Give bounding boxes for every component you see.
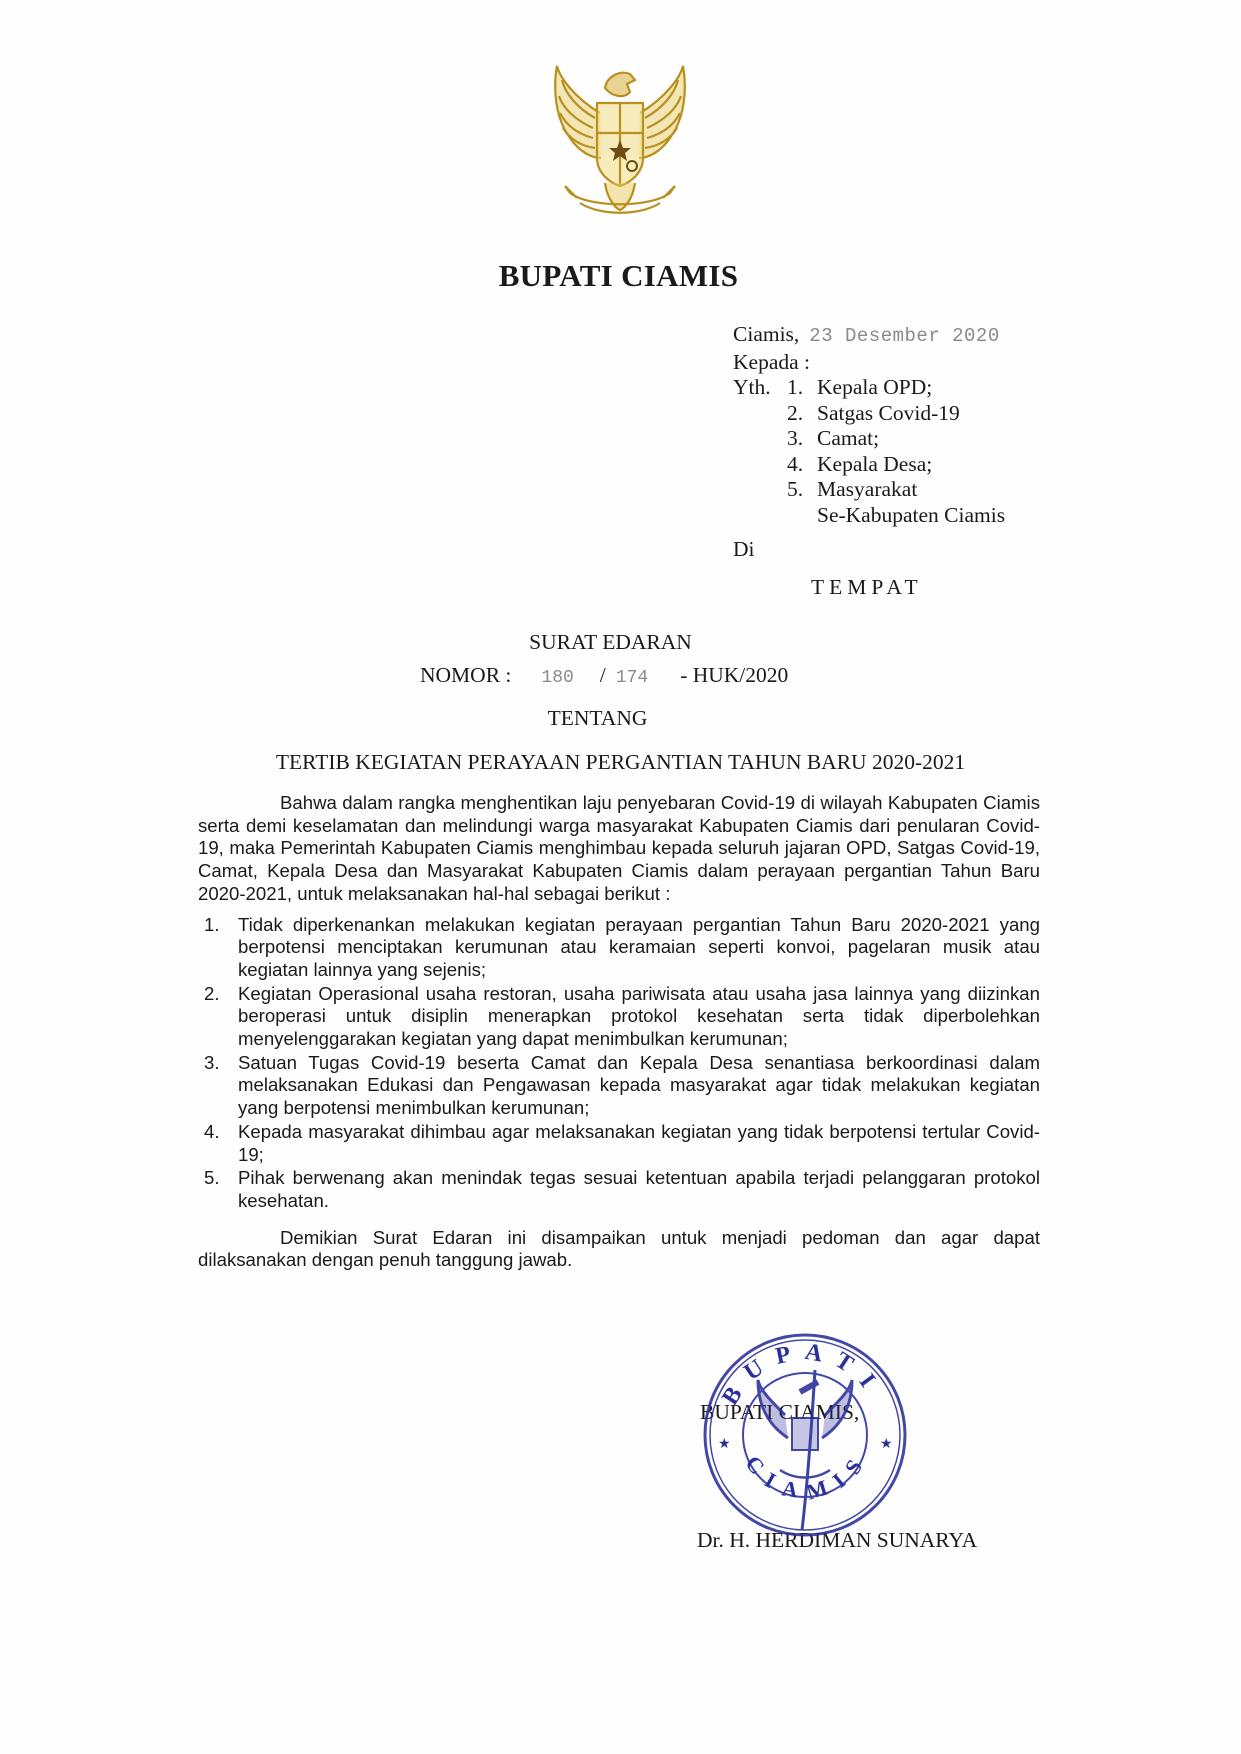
list-item: 2.Kegiatan Operasional usaha restoran, u… <box>198 983 1040 1051</box>
recipient-5-continuation: Se-Kabupaten Ciamis <box>733 503 1005 529</box>
recipient-5: 5.Masyarakat <box>733 477 1005 503</box>
instruction-list: 1.Tidak diperkenankan melakukan kegiatan… <box>198 914 1040 1213</box>
tempat-label: TEMPAT <box>811 575 1005 601</box>
official-seal-icon: BUPATI CIAMIS ★ ★ <box>700 1330 910 1540</box>
place-label: Ciamis, <box>733 322 799 346</box>
seal-top-text: BUPATI <box>717 1339 888 1410</box>
date-stamp: 23 Desember 2020 <box>809 325 999 347</box>
circular-number: NOMOR :180/174- HUK/2020 <box>420 663 788 688</box>
closing-paragraph: Demikian Surat Edaran ini disampaikan un… <box>198 1227 1040 1272</box>
recipient-1: Yth.1.Kepala OPD; <box>733 375 1005 401</box>
garuda-emblem-icon <box>535 58 705 233</box>
tentang-label: TENTANG <box>0 706 1241 731</box>
letter-body: Bahwa dalam rangka menghentikan laju pen… <box>198 792 1040 1272</box>
svg-text:★: ★ <box>718 1437 731 1452</box>
circular-subject: TERTIB KEGIATAN PERAYAAN PERGANTIAN TAHU… <box>0 750 1241 775</box>
list-item: 4.Kepada masyarakat dihimbau agar melaks… <box>198 1121 1040 1166</box>
intro-paragraph: Bahwa dalam rangka menghentikan laju pen… <box>198 792 1040 906</box>
document-page: BUPATI CIAMIS Ciamis,23 Desember 2020 Ke… <box>0 0 1241 1754</box>
recipient-4: 4.Kepala Desa; <box>733 452 1005 478</box>
list-item: 5.Pihak berwenang akan menindak tegas se… <box>198 1167 1040 1212</box>
di-label: Di <box>733 537 1005 563</box>
kepada-label: Kepada : <box>733 350 1005 376</box>
number-part-2: 174 <box>616 668 648 688</box>
svg-text:BUPATI: BUPATI <box>717 1339 888 1410</box>
number-part-1: 180 <box>541 668 573 688</box>
list-item: 1.Tidak diperkenankan melakukan kegiatan… <box>198 914 1040 982</box>
list-item: 3.Satuan Tugas Covid-19 beserta Camat da… <box>198 1052 1040 1120</box>
issuer-title: BUPATI CIAMIS <box>0 258 1241 294</box>
recipient-3: 3.Camat; <box>733 426 1005 452</box>
address-block: Ciamis,23 Desember 2020 Kepada : Yth.1.K… <box>733 322 1005 600</box>
circular-title: SURAT EDARAN <box>0 630 1241 655</box>
date-line: Ciamis,23 Desember 2020 <box>733 322 1005 350</box>
svg-text:★: ★ <box>880 1437 893 1452</box>
recipient-2: 2.Satgas Covid-19 <box>733 401 1005 427</box>
